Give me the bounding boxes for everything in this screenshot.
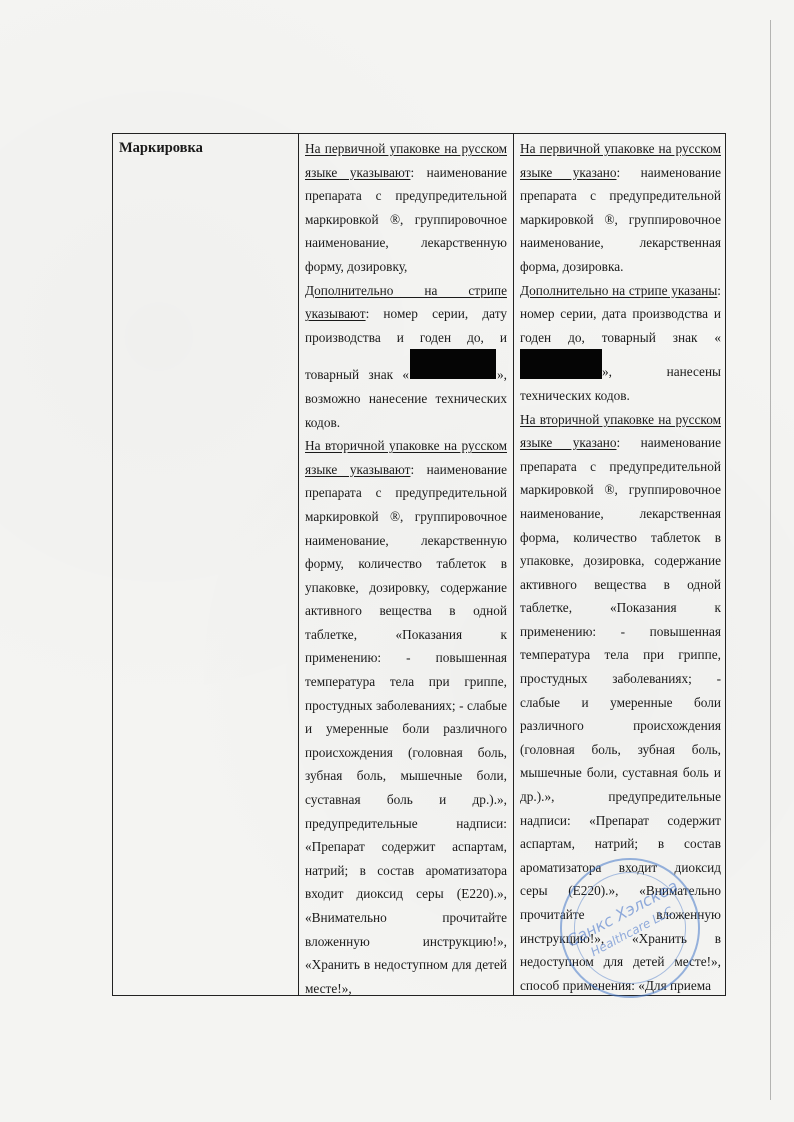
secondary-packaging-text: : наименование препарата с предупредител… bbox=[305, 462, 507, 995]
required-labeling-cell: На первичной упаковке на русском языке у… bbox=[298, 134, 513, 995]
redacted-trademark bbox=[410, 349, 496, 379]
actual-labeling-cell: На первичной упаковке на русском языке у… bbox=[513, 134, 727, 995]
primary-packaging-paragraph: На первичной упаковке на русском языке у… bbox=[520, 137, 721, 279]
redacted-trademark bbox=[520, 349, 602, 379]
secondary-packaging-text: : наименование препарата с предупредител… bbox=[520, 435, 721, 993]
primary-packaging-text: : наименование препарата с предупредител… bbox=[305, 165, 507, 274]
labeling-comparison-table: Маркировка На первичной упаковке на русс… bbox=[112, 133, 726, 996]
strip-heading: Дополнительно на стрипе указаны bbox=[520, 283, 717, 298]
row-label-cell: Маркировка bbox=[113, 134, 298, 995]
secondary-packaging-paragraph: На вторичной упаковке на русском языке у… bbox=[305, 434, 507, 995]
scan-edge-line bbox=[770, 20, 771, 1100]
primary-packaging-paragraph: На первичной упаковке на русском языке у… bbox=[305, 137, 507, 279]
strip-paragraph: Дополнительно на стрипе указаны: номер с… bbox=[520, 279, 721, 408]
row-label: Маркировка bbox=[119, 140, 203, 156]
primary-packaging-text: : наименование препарата с предупредител… bbox=[520, 165, 721, 274]
strip-paragraph: Дополнительно на стрипе указывают: номер… bbox=[305, 279, 507, 435]
secondary-packaging-paragraph: На вторичной упаковке на русском языке у… bbox=[520, 408, 721, 995]
